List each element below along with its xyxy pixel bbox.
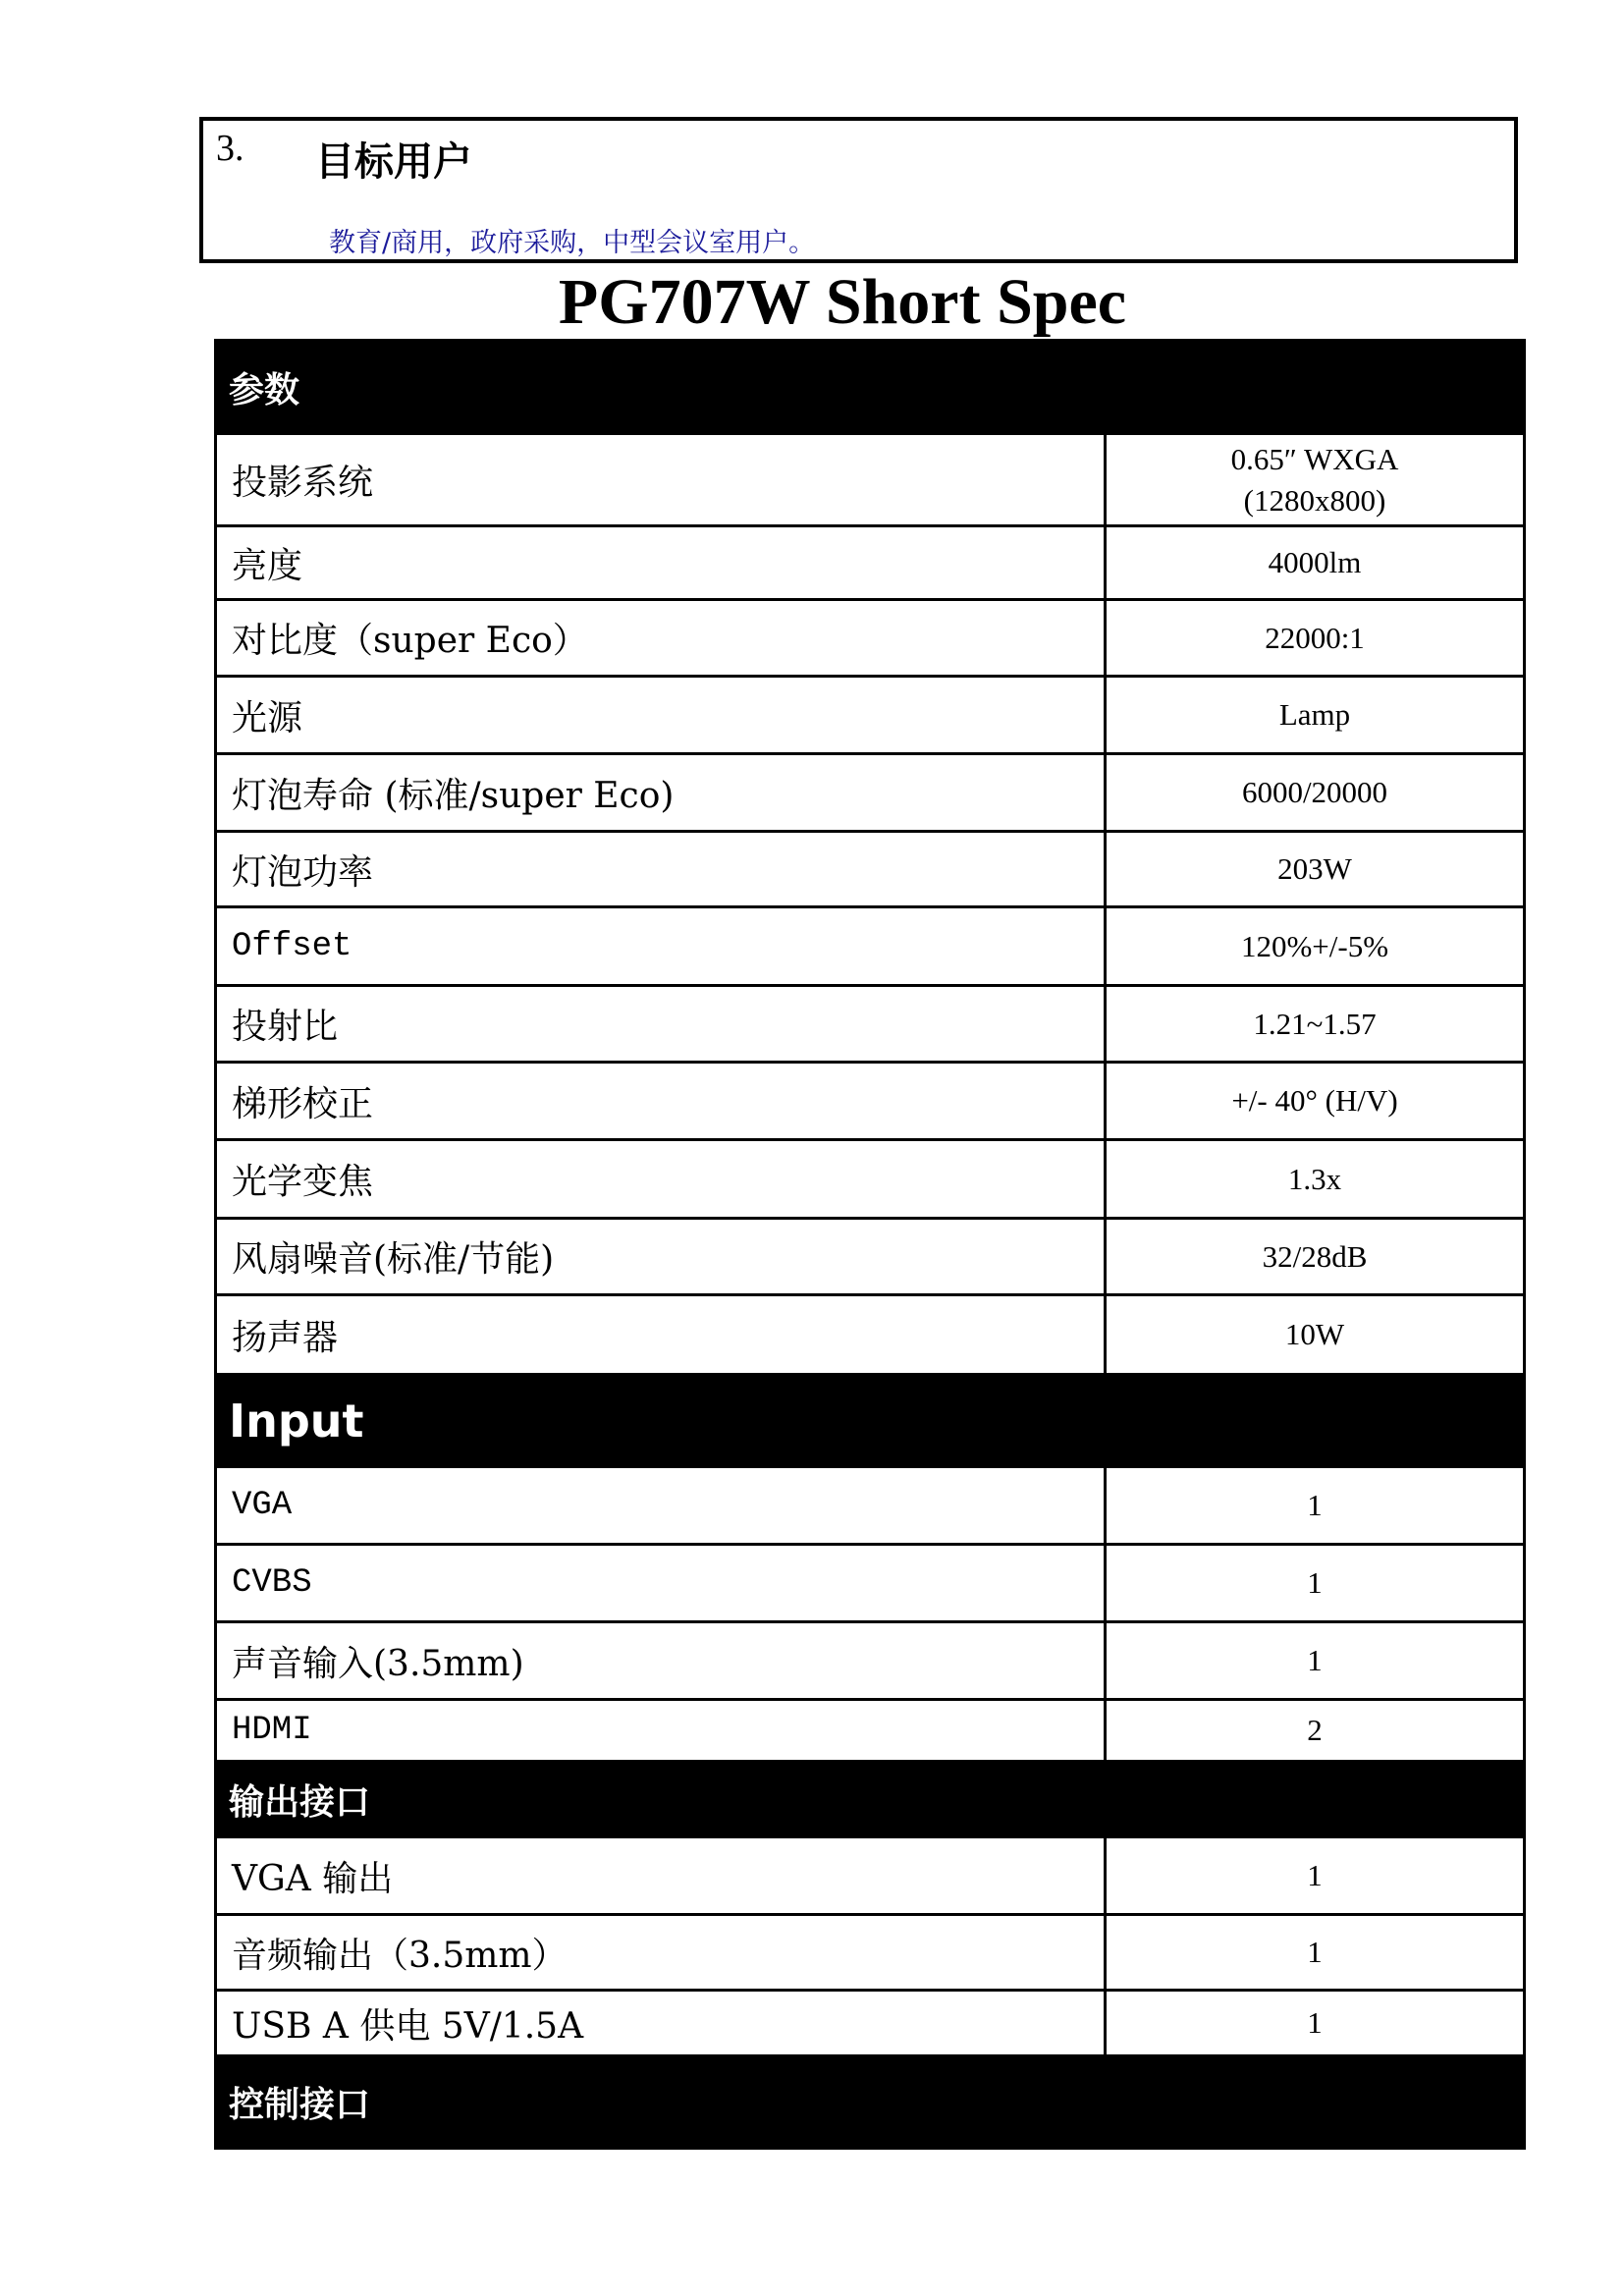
row-label: USB A 供电 5V/1.5A <box>217 1992 1107 2054</box>
table-row: 光学变焦 1.3x <box>214 1141 1526 1220</box>
table-row: 光源 Lamp <box>214 678 1526 755</box>
table-row: Offset 120%+/-5% <box>214 908 1526 987</box>
row-value: 1 <box>1107 1838 1523 1913</box>
table-row: USB A 供电 5V/1.5A 1 <box>214 1992 1526 2054</box>
row-value: 1 <box>1107 1468 1523 1543</box>
table-row: HDMI 2 <box>214 1701 1526 1760</box>
row-label: VGA <box>217 1468 1107 1543</box>
table-row: 灯泡寿命 (标准/super Eco) 6000/20000 <box>214 755 1526 833</box>
table-section-header-output: 输出接口 <box>214 1760 1526 1838</box>
row-label: 音频输出（3.5mm） <box>217 1916 1107 1989</box>
target-users-section: 3. 目标用户 教育/商用，政府采购，中型会议室用户。 <box>199 117 1518 263</box>
table-row: 风扇噪音(标准/节能) 32/28dB <box>214 1220 1526 1296</box>
row-value: 1 <box>1107 1916 1523 1989</box>
table-row: 对比度（super Eco） 22000:1 <box>214 601 1526 678</box>
row-label: Offset <box>217 908 1107 984</box>
row-label: 光学变焦 <box>217 1141 1107 1217</box>
section-body-text: 教育/商用，政府采购，中型会议室用户。 <box>329 221 815 259</box>
table-row: 声音输入(3.5mm) 1 <box>214 1623 1526 1701</box>
section-number: 3. <box>216 127 244 170</box>
row-label: 灯泡功率 <box>217 833 1107 905</box>
row-value: 4000lm <box>1107 527 1523 598</box>
row-label: 梯形校正 <box>217 1064 1107 1138</box>
row-label: 光源 <box>217 678 1107 752</box>
row-label: 风扇噪音(标准/节能) <box>217 1220 1107 1293</box>
row-value: 0.65″ WXGA (1280x800) <box>1107 435 1523 524</box>
row-value: 22000:1 <box>1107 601 1523 675</box>
row-value: 120%+/-5% <box>1107 908 1523 984</box>
table-section-header-params: 参数 <box>214 339 1526 435</box>
row-value: 1.3x <box>1107 1141 1523 1217</box>
row-label: CVBS <box>217 1546 1107 1620</box>
table-section-header-input: Input <box>214 1373 1526 1468</box>
document-title: PG707W Short Spec <box>0 263 1624 342</box>
row-value-line1: 0.65″ WXGA <box>1231 439 1399 480</box>
row-label: 灯泡寿命 (标准/super Eco) <box>217 755 1107 830</box>
row-value-line2: (1280x800) <box>1244 480 1386 521</box>
row-value: 6000/20000 <box>1107 755 1523 830</box>
table-row: 梯形校正 +/- 40° (H/V) <box>214 1064 1526 1141</box>
row-value: Lamp <box>1107 678 1523 752</box>
row-label: 投影系统 <box>217 435 1107 524</box>
row-label: 声音输入(3.5mm) <box>217 1623 1107 1698</box>
table-row: 投影系统 0.65″ WXGA (1280x800) <box>214 435 1526 527</box>
table-row: VGA 1 <box>214 1468 1526 1546</box>
row-label: 亮度 <box>217 527 1107 598</box>
row-label: HDMI <box>217 1701 1107 1760</box>
table-row: VGA 输出 1 <box>214 1838 1526 1916</box>
row-label: 对比度（super Eco） <box>217 601 1107 675</box>
table-row: 灯泡功率 203W <box>214 833 1526 908</box>
table-row: 音频输出（3.5mm） 1 <box>214 1916 1526 1992</box>
row-value: 203W <box>1107 833 1523 905</box>
row-value: 10W <box>1107 1296 1523 1373</box>
row-value: 1 <box>1107 1992 1523 2054</box>
row-label: 扬声器 <box>217 1296 1107 1373</box>
row-value: +/- 40° (H/V) <box>1107 1064 1523 1138</box>
row-value: 1 <box>1107 1623 1523 1698</box>
section-title: 目标用户 <box>315 131 472 187</box>
spec-table: 参数 投影系统 0.65″ WXGA (1280x800) 亮度 4000lm … <box>214 339 1526 2150</box>
table-row: 投射比 1.21~1.57 <box>214 987 1526 1064</box>
row-value: 2 <box>1107 1701 1523 1760</box>
row-value: 1.21~1.57 <box>1107 987 1523 1061</box>
table-section-header-control: 控制接口 <box>214 2054 1526 2150</box>
table-row: 扬声器 10W <box>214 1296 1526 1373</box>
table-row: CVBS 1 <box>214 1546 1526 1623</box>
row-value: 1 <box>1107 1546 1523 1620</box>
table-row: 亮度 4000lm <box>214 527 1526 601</box>
row-label: 投射比 <box>217 987 1107 1061</box>
row-value: 32/28dB <box>1107 1220 1523 1293</box>
row-label: VGA 输出 <box>217 1838 1107 1913</box>
